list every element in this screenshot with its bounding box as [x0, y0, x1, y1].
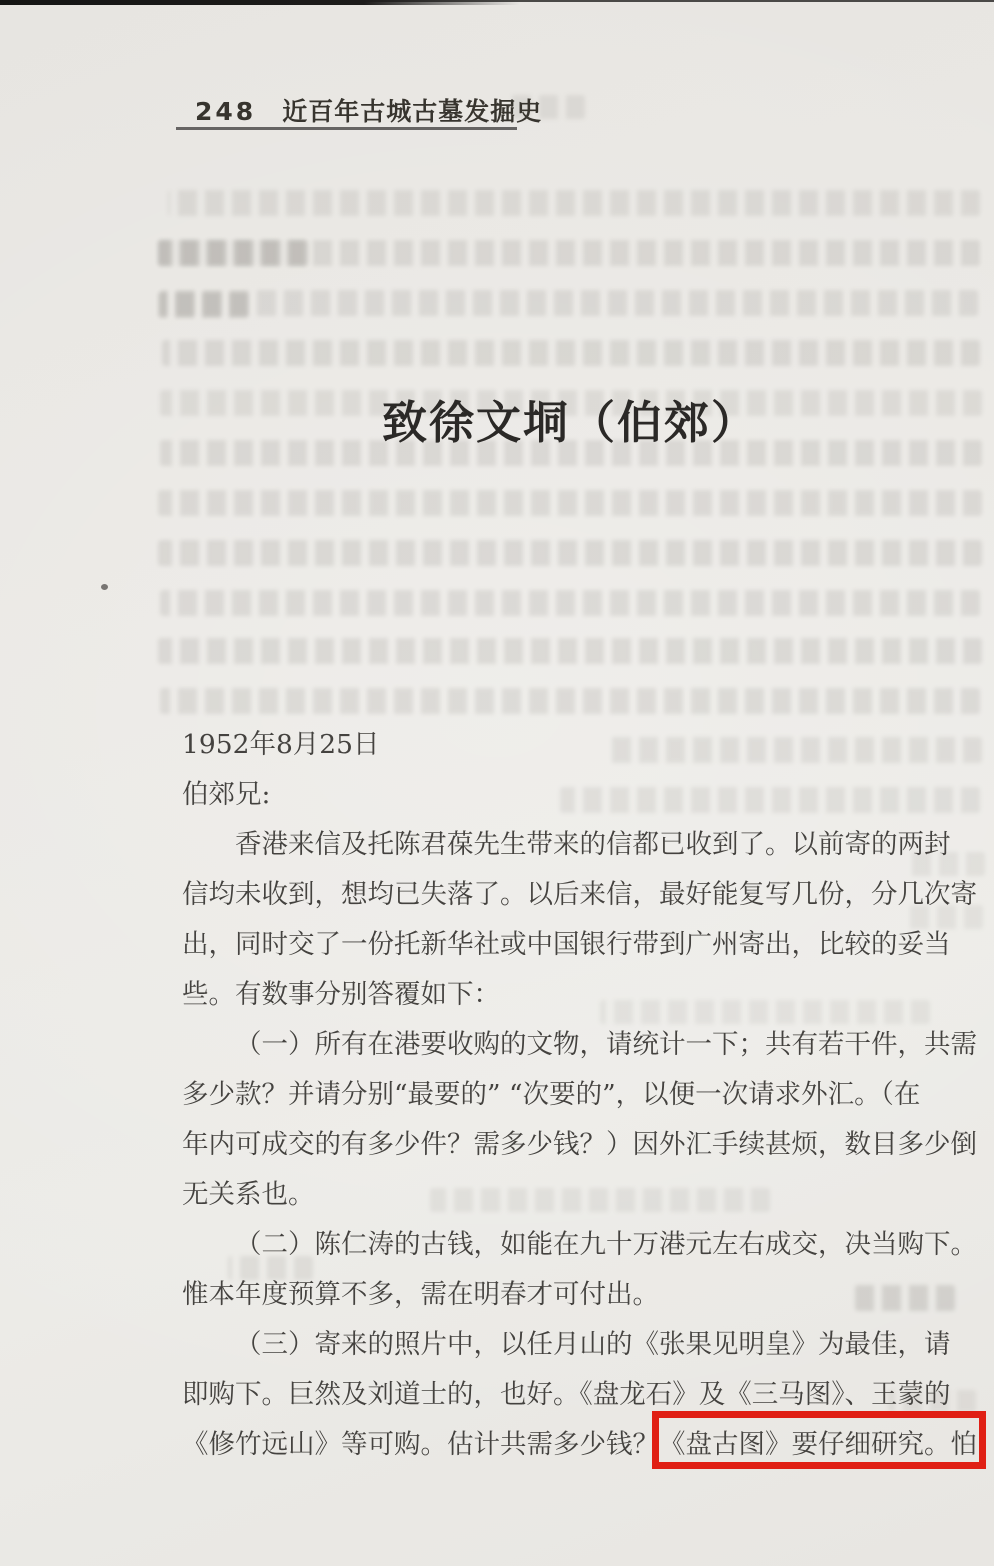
letter-line: 无关系也。 [182, 1170, 988, 1220]
book-title: 近百年古城古墓发掘史 [282, 97, 542, 126]
bleed-line [162, 340, 980, 366]
bleed-line [158, 540, 982, 566]
letter-line: （三）寄来的照片中，以任月山的《张果见明皇》为最佳，请 [182, 1320, 988, 1370]
bleed-line [158, 240, 308, 266]
running-head-rule [176, 127, 517, 130]
letter-line: 香港来信及托陈君葆先生带来的信都已收到了。以前寄的两封 [182, 820, 988, 870]
scan-top-edge-shadow [0, 0, 520, 5]
bleed-line [160, 290, 978, 316]
letter-line: 些。有数事分别答覆如下： [182, 970, 988, 1020]
page-number: 248 [195, 97, 256, 126]
letter-line: 年内可成交的有多少件？需多少钱？）因外汇手续甚烦，数目多少倒 [182, 1120, 988, 1170]
letter-salutation: 伯郊兄: [182, 770, 988, 820]
bleed-line [158, 292, 248, 318]
letter-line: （二）陈仁涛的古钱，如能在九十万港元左右成交，决当购下。 [182, 1220, 988, 1270]
letter-line: 惟本年度预算不多，需在明春才可付出。 [182, 1270, 988, 1320]
letter-date: 1952年8月25日 [182, 720, 988, 770]
letter-line: 信均未收到，想均已失落了。以后来信，最好能复写几份，分几次寄 [182, 870, 988, 920]
highlighted-text: 《盘古图》要仔细研究。怕 [659, 1429, 977, 1460]
letter-title: 致徐文垌（伯郊） [170, 386, 970, 451]
bleed-line [160, 590, 980, 616]
letter-line: （一）所有在港要收购的文物，请统计一下；共有若干件，共需 [182, 1020, 988, 1070]
bleed-line [168, 190, 980, 216]
letter-paragraph-lines: 香港来信及托陈君葆先生带来的信都已收到了。以前寄的两封信均未收到，想均已失落了。… [182, 820, 988, 1470]
letter-line: 即购下。巨然及刘道士的，也好。《盘龙石》及《三马图》、王蒙的 [182, 1370, 988, 1420]
running-head: 248近百年古城古墓发掘史 [195, 92, 542, 128]
ink-speck [101, 584, 108, 590]
scanned-book-page: 248近百年古城古墓发掘史 致徐文垌（伯郊） 1952年8月25日 伯郊兄: 香… [0, 0, 994, 1566]
letter-body: 1952年8月25日 伯郊兄: 香港来信及托陈君葆先生带来的信都已收到了。以前寄… [182, 720, 988, 1470]
letter-line: 多少款？并请分别“最要的” “次要的”，以便一次请求外汇。（在 [182, 1070, 988, 1120]
bleed-line [160, 688, 980, 714]
letter-line: 出，同时交了一份托新华社或中国银行带到广州寄出，比较的妥当 [182, 920, 988, 970]
bleed-line [158, 638, 982, 664]
letter-line: 《修竹远山》等可购。估计共需多少钱？《盘古图》要仔细研究。怕 [182, 1420, 988, 1470]
bleed-line [158, 490, 982, 516]
